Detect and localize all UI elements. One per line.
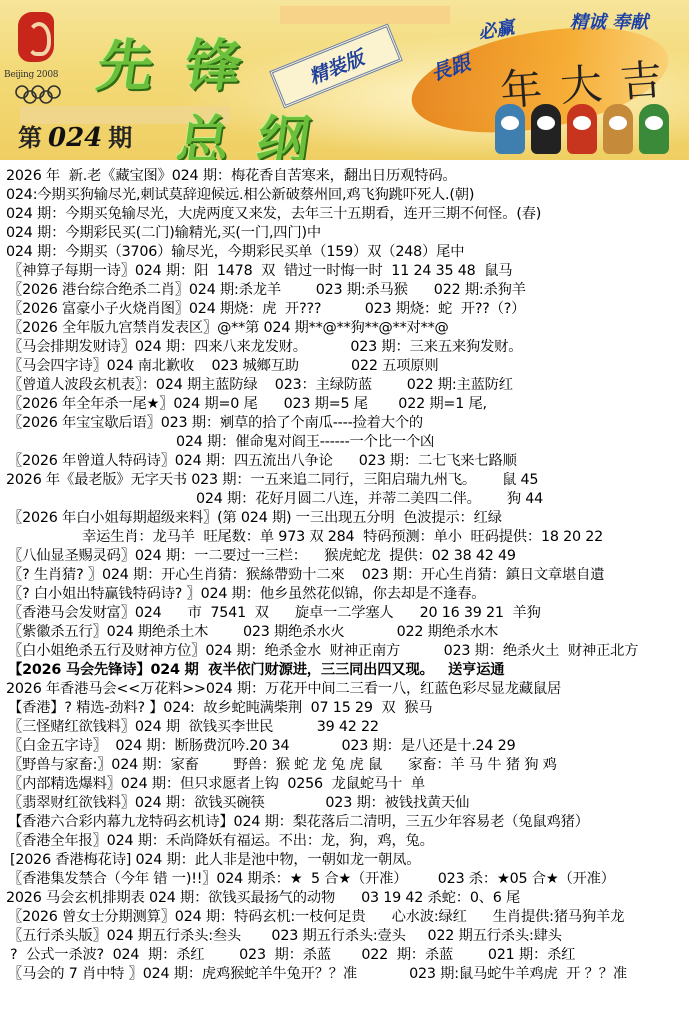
text-line: 024 期：催命鬼对阎王------一个比一个凶 [176,432,434,452]
line-text: 〖? 生肖猜? 〗024 期：开心生肖猜：猴絲帶勁十二來 023 期：开心生肖猜… [8,567,604,583]
text-line: 〖紫徽杀五行〗024 期绝杀土木 023 期绝杀水火 022 期绝杀水木 [8,622,498,642]
mascot-icon [495,104,525,154]
line-text: 〖马会排期发财诗〗024 期：四来八来龙发财。 023 期：三来五来狗发财。 [8,339,522,355]
issue-prefix: 第 [18,118,42,153]
text-line: 〖? 白小姐出特赢钱特码诗? 〗024 期：他乡虽然花似锦，你去却是不逢春。 [8,584,485,604]
line-text: 024 期：今期买兔输尽光，大虎两度又来发，去年三十五期看，连开三期不何怪。(春… [6,206,541,222]
text-line: 〖野兽与家畜:〗024 期：家畜 野兽：猴 蛇 龙 兔 虎 鼠 家畜：羊 马 牛… [8,755,557,775]
line-text: 〖2026 富豪小子火烧肖图〗024 期烧：虎 开??? 023 期烧：蛇 开?… [8,301,525,317]
text-line: 2026 年 新.老《藏宝图》024 期：梅花香自苦寒来，翻出日历观特码。 [6,166,457,186]
text-line: 〖2026 年白小姐每期超级来料〗(第 024 期) 一三出现五分明 色波提示：… [8,508,502,528]
text-line: 〖马会四字诗〗024 南北歉收 023 城鄉互助 022 五项原则 [8,356,438,376]
line-text: 〖白小姐绝杀五行及财神方位〗024 期：绝杀金水 财神正南方 023 期：绝杀火… [8,643,638,659]
header-banner: Beijing 2008 先 锋 总 纲 精装版 第 024 期 必赢 精诚 奉… [0,0,689,160]
mascot-icon [567,104,597,154]
line-text: 〖五行杀头版〗024 期五行杀头:叁头 023 期五行杀头:壹头 022 期五行… [8,928,562,944]
line-text: 〖野兽与家畜:〗024 期：家畜 野兽：猴 蛇 龙 兔 虎 鼠 家畜：羊 马 牛… [8,757,557,773]
text-line: 〖2026 富豪小子火烧肖图〗024 期烧：虎 开??? 023 期烧：蛇 开?… [8,299,525,319]
mascot-icon [531,104,561,154]
line-text: 〖香港马会发财富〗024 市 7541 双 旋卓一二学塞人 20 16 39 2… [8,605,541,621]
text-line: 〖2026 年宝宝歇后语〗023 期：剜草的拾了个南瓜----捡着大个的 [8,413,423,433]
mascot-icon [603,104,633,154]
edition-tag: 精装版 [269,23,403,108]
line-text: 024 期：催命鬼对阎王------一个比一个凶 [176,434,434,450]
line-text: 2026 年香港马会<<万花料>>024 期：万花开中间二三看一八，红蓝色彩尽显… [6,681,561,697]
line-text: 〖2026 年宝宝歇后语〗023 期：剜草的拾了个南瓜----捡着大个的 [8,415,423,431]
text-line: 〖五行杀头版〗024 期五行杀头:叁头 023 期五行杀头:壹头 022 期五行… [8,926,562,946]
text-line: 〖八仙显圣赐灵码〗024 期：一二要过一三栏： 猴虎蛇龙 提供：02 38 42… [8,546,516,566]
line-text: 〖翡翠财红欲钱料〗024 期：欲钱买碗筷 023 期：被钱找黄天仙 [8,795,469,811]
text-line: 〖曾道人波段玄机表〗：024 期主蓝防绿 023：主绿防蓝 022 期:主蓝防红 [8,375,513,395]
text-line: 〖香港马会发财富〗024 市 7541 双 旋卓一二学塞人 20 16 39 2… [8,603,541,623]
text-line: [2026 香港梅花诗] 024 期：此人非是池中物，一朝如龙一朝凤。 [10,850,420,870]
text-line: 024 期：花好月圆二八连，并蒂二美四二伴。 狗 44 [196,489,543,509]
line-text: 〖2026 港台综合绝杀二肖〗024 期:杀龙羊 023 期:杀马猴 022 期… [8,282,526,298]
masked-region [280,6,450,24]
line-text: 〖白金五字诗〗 024 期：断肠费沉吟.20 34 023 期：是八还是十.24… [8,738,515,754]
line-text: 〖三怪赌红欲钱料〗024 期 欲钱买李世民 39 42 22 [8,719,379,735]
line-text: 024 期：今期彩民买(二门)输精光,买(一门,四门)中 [6,225,321,241]
line-text: [2026 香港梅花诗] 024 期：此人非是池中物，一朝如龙一朝凤。 [10,852,420,868]
mascot-icon [639,104,669,154]
text-line: 〖香港全年报〗024 期：禾尚降妖有福运。不出：龙，狗，鸡，兔。 [8,831,434,851]
line-text: 〖紫徽杀五行〗024 期绝杀土木 023 期绝杀水火 022 期绝杀水木 [8,624,498,640]
line-text: 024 期：花好月圆二八连，并蒂二美四二伴。 狗 44 [196,491,543,507]
text-line: 024 期：今期彩民买(二门)输精光,买(一门,四门)中 [6,223,321,243]
text-line: 2026 年香港马会<<万花料>>024 期：万花开中间二三看一八，红蓝色彩尽显… [6,679,561,699]
text-line: 〖? 生肖猜? 〗024 期：开心生肖猜：猴絲帶勁十二來 023 期：开心生肖猜… [8,565,604,585]
text-line: 2026 年《最老版》无字天书 023 期：一五来追二同行，三阳启瑞九州飞。 鼠… [6,470,538,490]
text-line: 〖白小姐绝杀五行及财神方位〗024 期：绝杀金水 财神正南方 023 期：绝杀火… [8,641,638,661]
line-text: 2026 年 新.老《藏宝图》024 期：梅花香自苦寒来，翻出日历观特码。 [6,168,457,184]
text-line: 〖香港集发禁合（今年 错 一)!!〗024 期杀：★ 5 合★（开准） 023 … [8,869,615,889]
line-text: 【香港】? 精选-劲料? 】024: 故乡蛇盹满柴荆 07 15 29 双 猴马 [8,700,432,716]
line-text: 【2026 马会先锋诗】024 期 夜半依门财源进，三三同出四又现。 送亨运通 [8,662,504,678]
text-line: 【香港六合彩内幕九龙特码玄机诗】024 期：梨花落后二清明，三五少年容易老（兔鼠… [8,812,589,832]
beijing-olympic-emblem-icon [18,12,54,62]
mascots [495,104,669,154]
text-line: ? 公式一杀波? 024 期：杀红 023 期：杀蓝 022 期：杀蓝 021 … [10,945,575,965]
logo-text: Beijing 2008 [4,70,58,80]
issue-number: 024 [48,123,102,153]
text-line: 〖神算子每期一诗〗024 期：阳 1478 双 错过一时悔一时 11 24 35… [8,261,512,281]
line-text: 〖2026 曾女士分期测算〗024 期：特码玄机:一枝何足贵 心水波:绿红 生肖… [8,909,624,925]
text-line: 〖马会的 7 肖中特 〗024 期：虎鸡猴蛇羊牛兔开？？准 023 期:鼠马蛇牛… [8,964,627,984]
line-text: 〖神算子每期一诗〗024 期：阳 1478 双 错过一时悔一时 11 24 35… [8,263,512,279]
line-text: 〖香港全年报〗024 期：禾尚降妖有福运。不出：龙，狗，鸡，兔。 [8,833,434,849]
title-char: 锋 [180,22,247,102]
line-text: 024 期：今期买（3706）输尽光，今期彩民买单（159）双（248）尾中 [6,244,464,260]
issue-label: 第 024 期 [18,118,132,153]
line-text: 〖? 白小姐出特赢钱特码诗? 〗024 期：他乡虽然花似锦，你去却是不逢春。 [8,586,485,602]
text-line: 024 期：今期买（3706）输尽光，今期彩民买单（159）双（248）尾中 [6,242,464,262]
text-line: 〖2026 曾女士分期测算〗024 期：特码玄机:一枝何足贵 心水波:绿红 生肖… [8,907,624,927]
line-text: 〖2026 年全年杀一尾★〗024 期=0 尾 023 期=5 尾 022 期=… [8,396,487,412]
text-line: 024 期：今期买兔输尽光，大虎两度又来发，去年三十五期看，连开三期不何怪。(春… [6,204,541,224]
title-char: 先 [92,22,159,102]
line-text: 〖曾道人波段玄机表〗：024 期主蓝防绿 023：主绿防蓝 022 期:主蓝防红 [8,377,513,393]
text-line: 〖2026 港台综合绝杀二肖〗024 期:杀龙羊 023 期:杀马猴 022 期… [8,280,526,300]
text-line: 【香港】? 精选-劲料? 】024: 故乡蛇盹满柴荆 07 15 29 双 猴马 [8,698,432,718]
line-text: 〖马会的 7 肖中特 〗024 期：虎鸡猴蛇羊牛兔开？？准 023 期:鼠马蛇牛… [8,966,627,982]
slogan-right: 精诚 奉献 [570,8,648,34]
text-line: 〖三怪赌红欲钱料〗024 期 欲钱买李世民 39 42 22 [8,717,379,737]
text-line: 〖翡翠财红欲钱料〗024 期：欲钱买碗筷 023 期：被钱找黄天仙 [8,793,469,813]
title-char: 总 [173,98,236,160]
line-text: 〖马会四字诗〗024 南北歉收 023 城鄉互助 022 五项原则 [8,358,438,374]
line-text: 〖2026 年曾道人特码诗〗024 期：四五流出八争论 023 期：二七飞来七路… [8,453,517,469]
line-text: 〖内部精选爆料〗024 期：但只求愿者上钩 0256 龙鼠蛇马十 单 [8,776,425,792]
line-text: 幸运生肖：龙马羊 旺尾数：单 973 双 284 特码预测：单小 旺码提供：18… [82,529,603,545]
text-line: 〖2026 年曾道人特码诗〗024 期：四五流出八争论 023 期：二七飞来七路… [8,451,517,471]
line-text: ? 公式一杀波? 024 期：杀红 023 期：杀蓝 022 期：杀蓝 021 … [10,947,575,963]
line-text: 024:今期买狗输尽光,刺试莫辞迎候远.相公新破蔡州回,鸡飞狗跳吓死人.(朝) [6,187,474,203]
text-line: 〖2026 全年版九宫禁肖发表区〗@**第 024 期**@**狗**@**对*… [8,318,449,338]
text-line: 024:今期买狗输尽光,刺试莫辞迎候远.相公新破蔡州回,鸡飞狗跳吓死人.(朝) [6,185,474,205]
text-line: 〖2026 年全年杀一尾★〗024 期=0 尾 023 期=5 尾 022 期=… [8,394,487,414]
line-text: 2026 马会玄机排期表 024 期：欲钱买最扬气的动物 03 19 42 杀蛇… [6,890,520,906]
line-text: 〖八仙显圣赐灵码〗024 期：一二要过一三栏： 猴虎蛇龙 提供：02 38 42… [8,548,516,564]
line-text: 2026 年《最老版》无字天书 023 期：一五来追二同行，三阳启瑞九州飞。 鼠… [6,472,538,488]
line-text: 〖香港集发禁合（今年 错 一)!!〗024 期杀：★ 5 合★（开准） 023 … [8,871,615,887]
text-line: 〖白金五字诗〗 024 期：断肠费沉吟.20 34 023 期：是八还是十.24… [8,736,515,756]
olympic-rings-icon [14,84,62,104]
line-text: 〖2026 全年版九宫禁肖发表区〗@**第 024 期**@**狗**@**对*… [8,320,449,336]
text-line: 幸运生肖：龙马羊 旺尾数：单 973 双 284 特码预测：单小 旺码提供：18… [82,527,603,547]
line-text: 【香港六合彩内幕九龙特码玄机诗】024 期：梨花落后二清明，三五少年容易老（兔鼠… [8,814,589,830]
issue-suffix: 期 [108,118,132,153]
line-text: 〖2026 年白小姐每期超级来料〗(第 024 期) 一三出现五分明 色波提示：… [8,510,502,526]
text-line: 〖内部精选爆料〗024 期：但只求愿者上钩 0256 龙鼠蛇马十 单 [8,774,425,794]
text-line: 〖马会排期发财诗〗024 期：四来八来龙发财。 023 期：三来五来狗发财。 [8,337,522,357]
text-line: 【2026 马会先锋诗】024 期 夜半依门财源进，三三同出四又现。 送亨运通 [8,660,504,680]
text-line: 2026 马会玄机排期表 024 期：欲钱买最扬气的动物 03 19 42 杀蛇… [6,888,520,908]
